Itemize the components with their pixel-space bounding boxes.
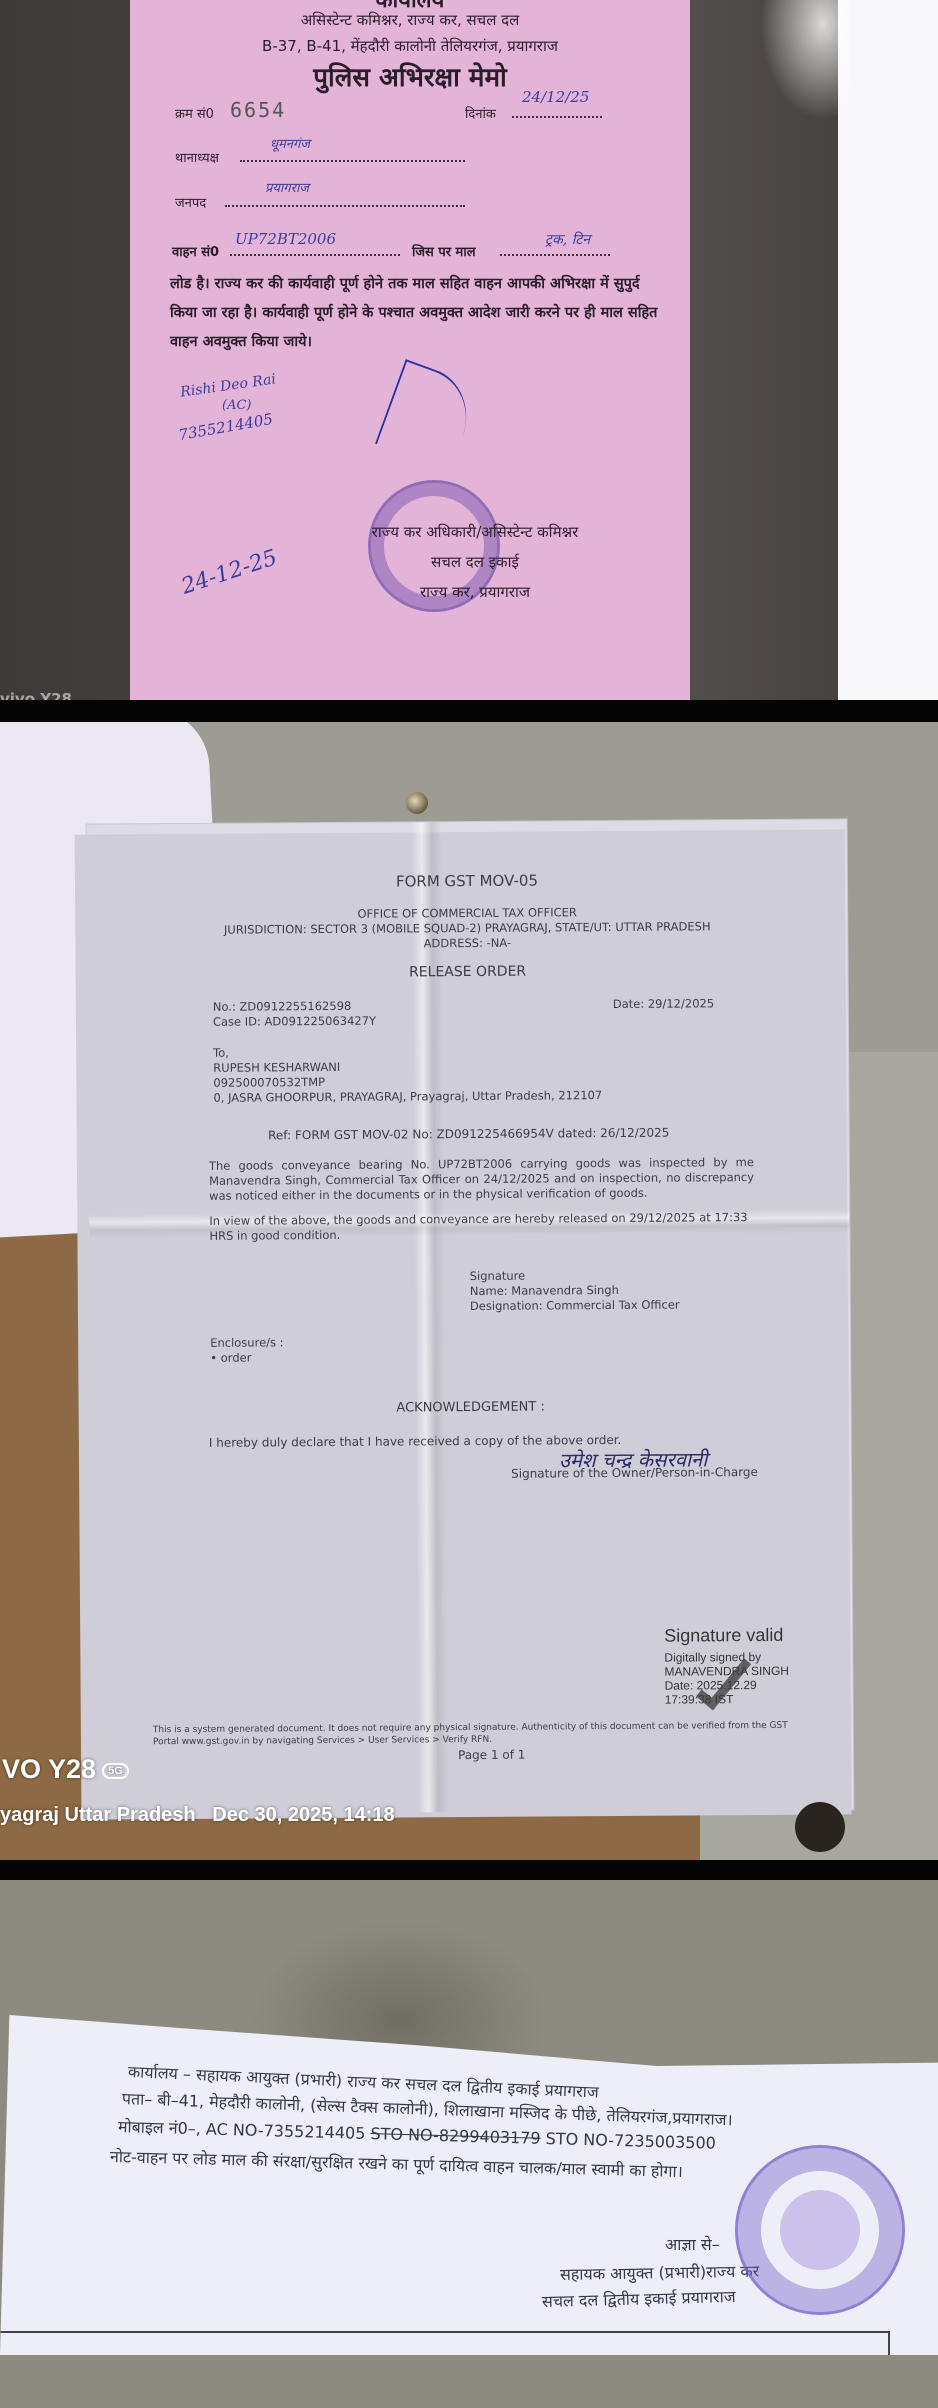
page-number: Page 1 of 1 [458, 1748, 525, 1763]
signatory-role: सहायक आयुक्त (प्रभारी)राज्य कर [560, 2260, 760, 2285]
officer-designation: राज्य कर अधिकारी/असिस्टेन्ट कमिश्नर सचल … [305, 517, 645, 607]
officer-line-2: सचल दल इकाई [305, 547, 645, 577]
custody-memo: कार्यालय असिस्टेन्ट कमिश्नर, राज्य कर, स… [130, 0, 690, 700]
handwritten-receipt-date: 24-12-25 [179, 545, 281, 599]
border-line [0, 2331, 890, 2355]
ac-number: मोबाइल नं0–, AC NO-7355214405 [118, 2117, 366, 2143]
official-seal-stamp [735, 2145, 905, 2315]
memo-photo: कार्यालय असिस्टेन्ट कमिश्नर, राज्य कर, स… [0, 0, 938, 700]
owner-signature-label: Signature of the Owner/Person-in-Charge [511, 1465, 758, 1482]
gst-portal-link[interactable]: Portal www.gst.gov.in by navigating Serv… [153, 1735, 492, 1747]
sto-number: STO NO-7235003500 [545, 2129, 716, 2153]
goods-value: ट्रक, टिन [545, 230, 590, 249]
recipient-name: RUPESH KESHARWANI [213, 1060, 340, 1076]
station-label: थानाध्यक्ष [175, 148, 219, 166]
memo-office-line: असिस्टेन्ट कमिश्नर, राज्य कर, सचल दल [130, 10, 690, 30]
enclosure-label: Enclosure/s : [210, 1335, 283, 1351]
screw-icon [795, 1802, 845, 1852]
letterhead-photo: कार्यालय – सहायक आयुक्त (प्रभारी) राज्य … [0, 1880, 938, 2408]
release-order-photo: FORM GST MOV-05 OFFICE OF COMMERCIAL TAX… [0, 722, 938, 1860]
release-paragraph: In view of the above, the goods and conv… [209, 1210, 754, 1244]
camera-device-watermark: VO Y285G [2, 1754, 129, 1785]
station-value: धूमनगंज [270, 134, 310, 152]
handwritten-phone: 7355214405 [177, 410, 274, 444]
torn-letterhead: कार्यालय – सहायक आयुक्त (प्रभारी) राज्य … [0, 2015, 938, 2355]
goods-label: जिस पर माल [412, 242, 476, 260]
order-by-label: आज्ञा से– [665, 2233, 720, 2255]
device-name: VO Y28 [2, 1754, 96, 1784]
collage-separator [0, 1860, 938, 1880]
goods-dotted-line [500, 254, 610, 256]
letterhead-note: नोट-वाहन पर लोड माल की संरक्षा/सुरक्षित … [110, 2145, 683, 2182]
district-label: जनपद [175, 193, 206, 211]
memo-title: पुलिस अभिरक्षा मेमो [130, 58, 690, 94]
signature-time: 17:39:38 IST [665, 1692, 790, 1707]
enclosure-item-label: order [221, 1351, 252, 1365]
camera-location-time: yagraj Uttar Pradesh Dec 30, 2025, 14:18 [0, 1804, 395, 1827]
vehicle-number: UP72BT2006 [235, 230, 336, 248]
to-label: To, [213, 1046, 229, 1061]
officer-signature [375, 359, 481, 471]
network-5g-badge: 5G [102, 1763, 129, 1779]
gst-mov05-form: FORM GST MOV-05 OFFICE OF COMMERCIAL TAX… [87, 819, 854, 1814]
footer-portal-link: Portal www.gst.gov.in by navigating Serv… [153, 1734, 492, 1748]
officer-name: Name: Manavendra Singh [470, 1283, 619, 1299]
handwritten-name: Rishi Deo Rai [179, 371, 277, 400]
camera-watermark-top: vivo Y28 [0, 690, 72, 700]
light-glare [760, 0, 850, 120]
enclosure-item: • order [210, 1351, 251, 1366]
screw-icon [406, 792, 428, 814]
date-dotted-line [512, 116, 602, 118]
order-date: Date: 29/12/2025 [613, 996, 714, 1012]
officer-designation: Designation: Commercial Tax Officer [470, 1298, 680, 1314]
date-label: दिनांक [465, 104, 496, 122]
district-dotted-line [225, 205, 465, 207]
recipient-address: 0, JASRA GHOORPUR, PRAYAGRAJ, Prayagraj,… [213, 1088, 602, 1106]
emblem-icon [780, 2190, 860, 2270]
officer-line-3: राज्य कर, प्रयागराज [305, 577, 645, 607]
signatory-unit: सचल दल द्वितीय इकाई प्रयागराज [542, 2285, 736, 2312]
vehicle-dotted-line [230, 254, 400, 256]
serial-number: 6654 [230, 98, 286, 122]
memo-address-line: B-37, B-41, मेंहदौरी कालोनी तेलियरगंज, प… [130, 36, 690, 56]
recipient-id: 092500070532TMP [213, 1075, 325, 1091]
serial-label: क्रम सं0 [175, 104, 214, 122]
order-number: No.: ZD0912255162598 [213, 999, 352, 1015]
inspection-paragraph: The goods conveyance bearing No. UP72BT2… [209, 1155, 754, 1204]
signature-label: Signature [470, 1269, 526, 1284]
memo-body-text: लोड है। राज्य कर की कार्यवाही पूर्ण होने… [170, 270, 660, 357]
date-value: 24/12/25 [522, 88, 589, 106]
background-paper-edge [838, 0, 938, 700]
vehicle-label: वाहन सं0 [172, 242, 219, 260]
handwritten-role: (AC) [222, 398, 251, 413]
officer-line-1: राज्य कर अधिकारी/असिस्टेन्ट कमिश्नर [305, 517, 645, 547]
case-id: Case ID: AD091225063427Y [213, 1014, 376, 1030]
struck-sto-number: STO NO-8299403179 [370, 2124, 541, 2148]
signature-status: Signature valid [664, 1625, 789, 1647]
collage-separator [0, 700, 938, 722]
district-value: प्रयागराज [265, 178, 309, 196]
station-dotted-line [240, 160, 465, 162]
